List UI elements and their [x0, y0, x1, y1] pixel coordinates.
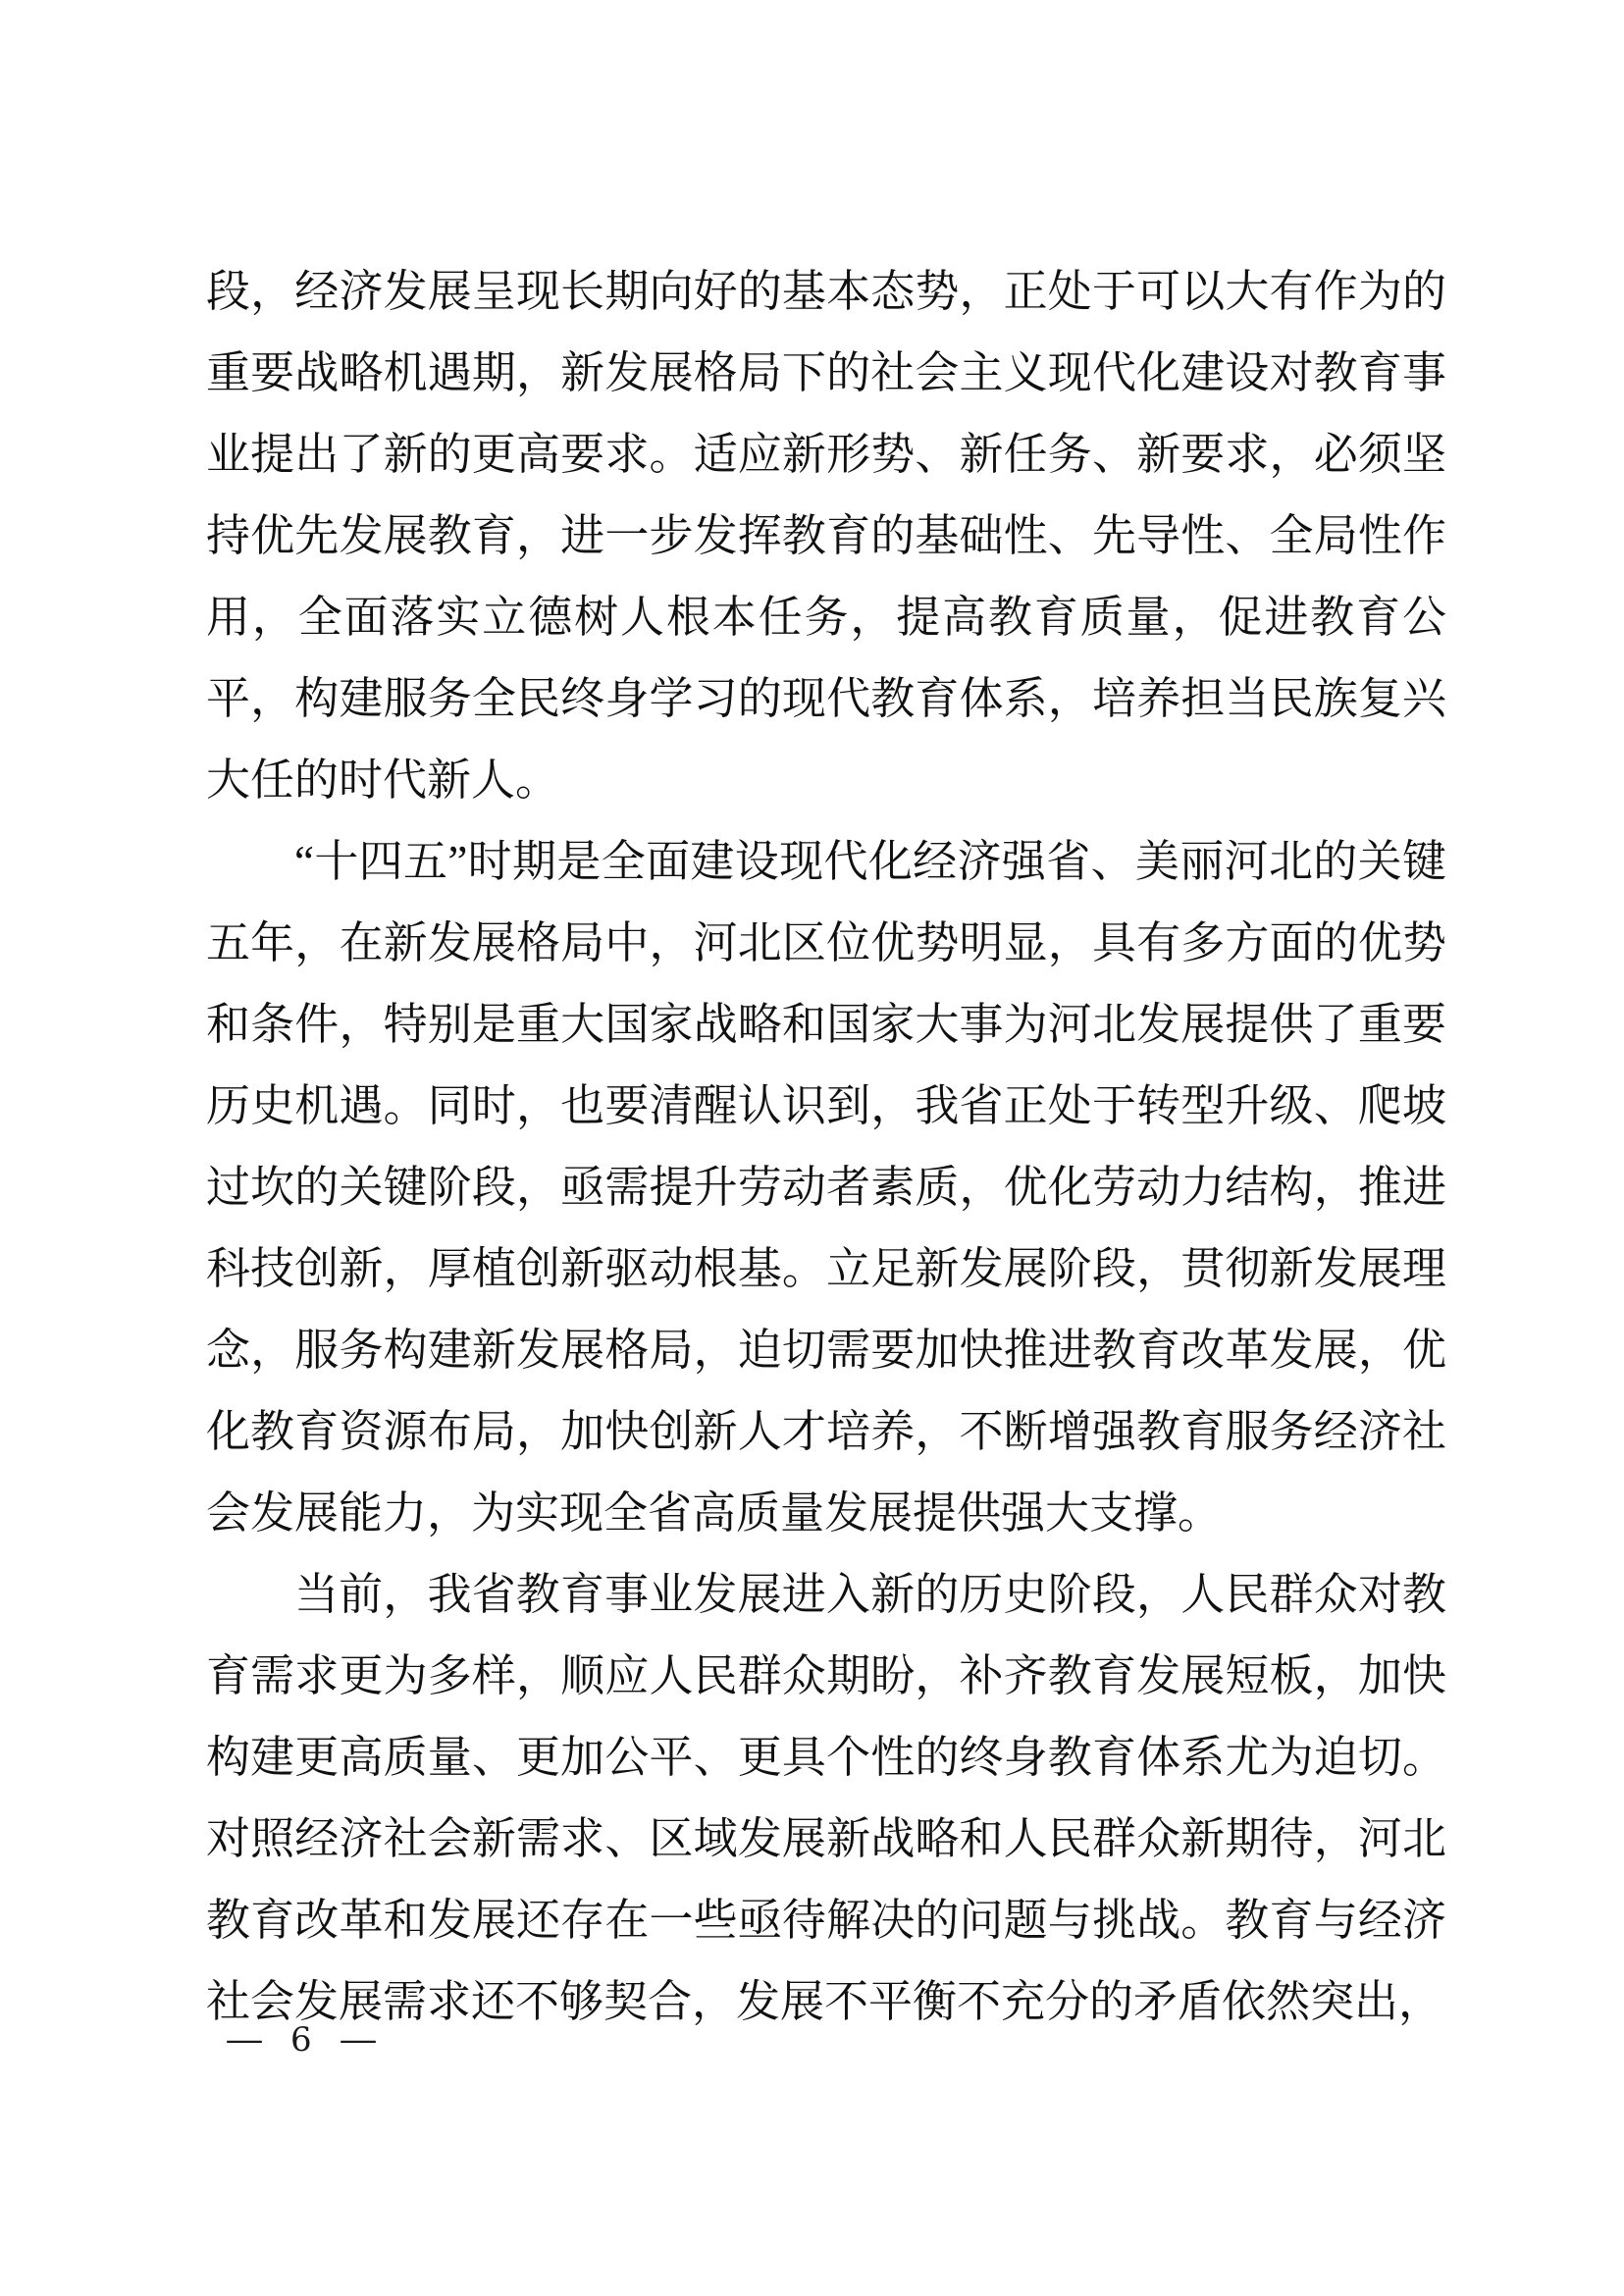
document-page: 段，经济发展呈现长期向好的基本态势，正处于可以大有作为的重要战略机遇期，新发展格… [0, 0, 1624, 2296]
document-body: 段，经济发展呈现长期向好的基本态势，正处于可以大有作为的重要战略机遇期，新发展格… [206, 251, 1446, 2043]
paragraph-1: 段，经济发展呈现长期向好的基本态势，正处于可以大有作为的重要战略机遇期，新发展格… [206, 251, 1446, 821]
page-number-value: 6 [290, 2023, 312, 2057]
paragraph-3: 当前，我省教育事业发展进入新的历史阶段，人民群众对教育需求更为多样，顺应人民群众… [206, 1554, 1446, 2043]
page-number: — 6 — [228, 2023, 375, 2057]
paragraph-2: “十四五”时期是全面建设现代化经济强省、美丽河北的关键五年，在新发展格局中，河北… [206, 821, 1446, 1554]
page-number-right-dash: — [339, 2023, 377, 2057]
page-number-left-dash: — [225, 2023, 263, 2057]
